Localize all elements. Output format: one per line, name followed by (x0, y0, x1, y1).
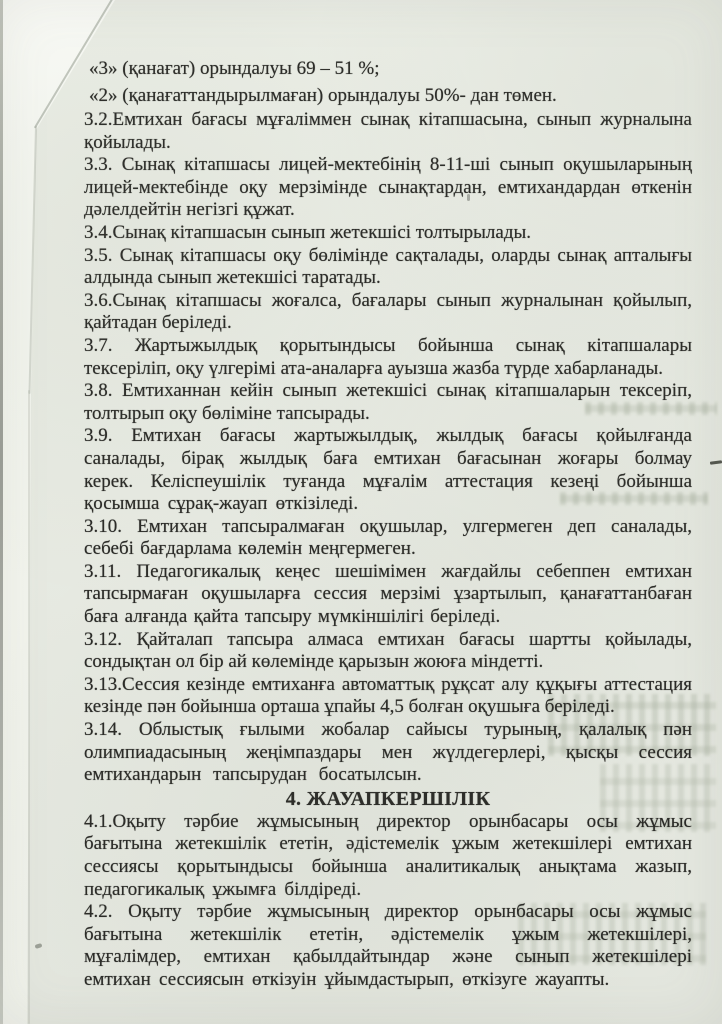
stray-ink-mark (35, 943, 43, 949)
para-3-6: 3.6.Сынақ кітапшасы жоғалса, бағалары сы… (84, 290, 692, 335)
page-edge-line (28, 390, 30, 1024)
para-3-13: 3.13.Сессия кезінде емтиханға автоматтық… (84, 674, 692, 719)
section-4-heading: 4. ЖАУАПКЕРШІЛІК (84, 787, 692, 811)
para-3-8: 3.8. Емтиханнан кейін сынып жетекшісі сы… (84, 380, 692, 425)
stray-ink-dash (710, 460, 722, 464)
grading-line-satisfactory: «3» (қанағат) орындалуы 69 – 51 %; (84, 55, 692, 82)
para-4-1: 4.1.Оқыту тәрбие жұмысының директор орын… (84, 811, 692, 901)
para-3-10: 3.10. Емтихан тапсыралмаған оқушылар, ул… (84, 516, 692, 561)
para-3-11: 3.11. Педагогикалық кеңес шешімімен жағд… (84, 561, 692, 629)
para-3-12: 3.12. Қайталап тапсыра алмаса емтихан ба… (84, 629, 692, 674)
para-3-2: 3.2.Емтихан бағасы мұғаліммен сынақ кіта… (84, 109, 692, 154)
para-3-7: 3.7. Жартыжылдық қорытындысы бойынша сын… (84, 335, 692, 380)
scanned-document-page: «3» (қанағат) орындалуы 69 – 51 %; «2» (… (0, 0, 722, 1024)
document-text: «3» (қанағат) орындалуы 69 – 51 %; «2» (… (84, 55, 692, 992)
para-3-14: 3.14. Облыстық ғылыми жобалар сайысы тур… (84, 719, 692, 787)
para-3-9: 3.9. Емтихан бағасы жартыжылдық, жылдық … (84, 425, 692, 515)
para-3-3: 3.3. Сынақ кітапшасы лицей-мектебінің 8-… (84, 154, 692, 222)
grading-line-unsatisfactory: «2» (қанағаттандырылмаған) орындалуы 50%… (84, 82, 692, 109)
para-3-4: 3.4.Сынақ кітапшасын сынып жетекшісі тол… (84, 222, 692, 245)
para-4-2: 4.2. Оқыту тәрбие жұмысының директор оры… (84, 901, 692, 991)
para-3-5: 3.5. Сынақ кітапшасы оқу бөлімінде сақта… (84, 245, 692, 290)
